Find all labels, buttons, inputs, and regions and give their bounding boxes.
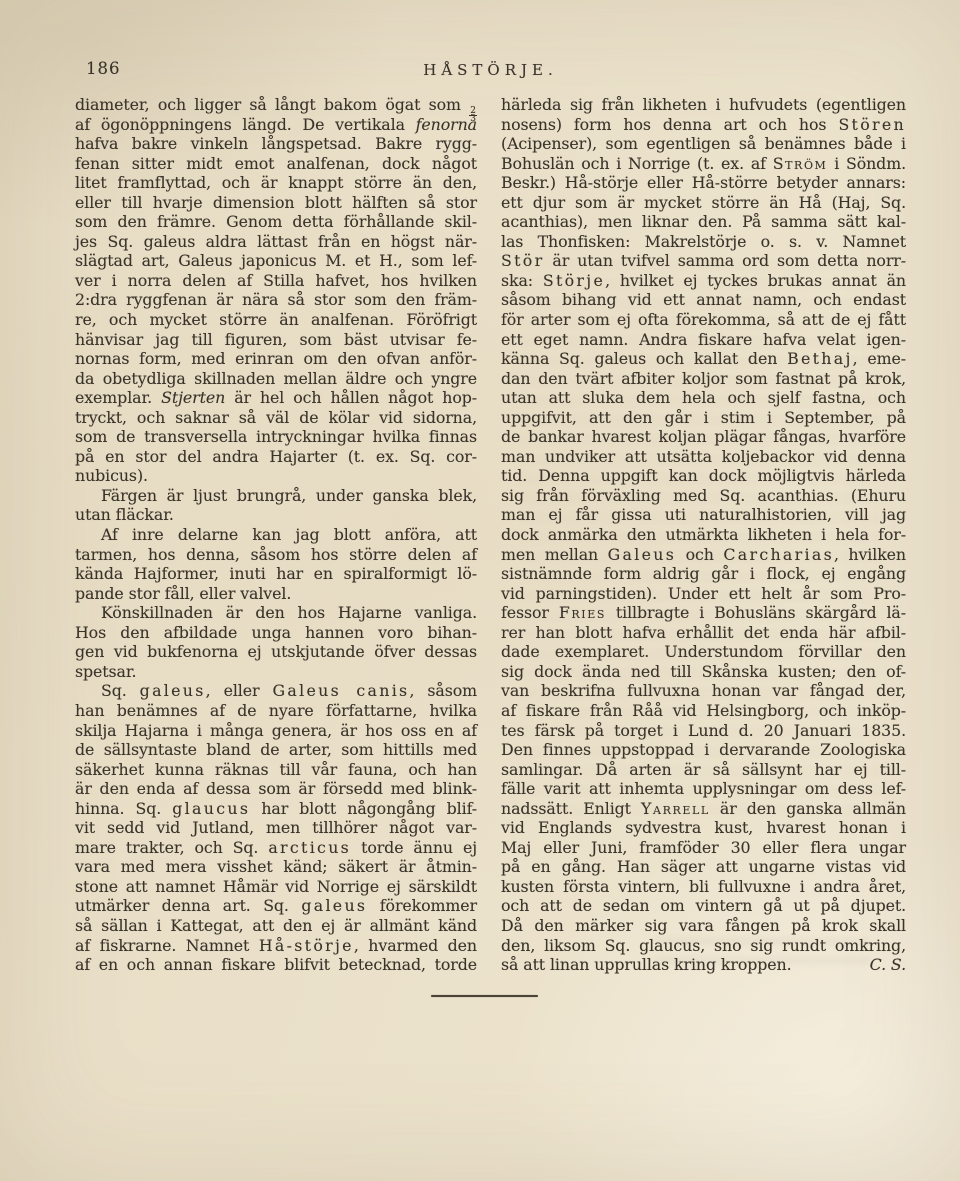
text-line: fenan sitter midt emot analfenan, dock n… — [75, 154, 477, 174]
text-line: dock anmärka den utmärkta likheten i hel… — [501, 525, 906, 545]
text-line: sig från förväxling med Sq. acanthias. (… — [501, 486, 906, 506]
text-line: för arter som ej ofta förekomma, så att … — [501, 310, 906, 330]
text-body: diameter, och ligger så långt bakom ögat… — [75, 95, 906, 975]
text-line: så sällan i Kattegat, att den ej är allm… — [75, 916, 477, 936]
text-line: nubicus). — [75, 466, 477, 486]
text-line: tarmen, hos denna, såsom hos större dele… — [75, 545, 477, 565]
text-line: säkerhet kunna räknas till vår fauna, oc… — [75, 760, 477, 780]
text-line: Af inre delarne kan jag blott anföra, at… — [75, 525, 477, 545]
text-line: han benämnes af de nyare författarne, hv… — [75, 701, 477, 721]
text-line: man ej får gissa uti naturalhistorien, v… — [501, 505, 906, 525]
text-line: de sällsyntaste bland de arter, som hitt… — [75, 740, 477, 760]
text-line: exemplar. Stjerten är hel och hållen någ… — [75, 388, 477, 408]
text-line: Bohuslän och i Norrige (t. ex. af Ström … — [501, 154, 906, 174]
text-line: 2:dra ryggfenan är nära så stor som den … — [75, 290, 477, 310]
text-line: hänvisar jag till figuren, som bäst utvi… — [75, 330, 477, 350]
text-line: Den finnes uppstoppad i dervarande Zoolo… — [501, 740, 906, 760]
text-line: utan fläckar. — [75, 505, 477, 525]
text-line: nornas form, med erinran om den ofvan an… — [75, 349, 477, 369]
running-title: HÅSTÖRJE. — [75, 61, 906, 79]
text-line: nosens) form hos denna art och hos Störe… — [501, 115, 906, 135]
text-line: på en stor del andra Hajarter (t. ex. Sq… — [75, 447, 477, 467]
text-line: dade exemplaret. Understundom förvillar … — [501, 642, 906, 662]
text-line: hafva bakre vinkeln långspetsad. Bakre r… — [75, 134, 477, 154]
text-line: las Thonfisken: Makrelstörje o. s. v. Na… — [501, 232, 906, 252]
text-line: ska: Störje, hvilket ej tyckes brukas an… — [501, 271, 906, 291]
text-line: Då den märker sig vara fången på krok sk… — [501, 916, 906, 936]
text-line: kusten första vintern, bli fullvuxne i a… — [501, 877, 906, 897]
text-line: (Acipenser), som egentligen så benämnes … — [501, 134, 906, 154]
text-line: acanthias), men liknar den. På samma sät… — [501, 212, 906, 232]
text-line: tes färsk på torget i Lund d. 20 Januari… — [501, 721, 906, 741]
text-line: samlingar. Då arten är så sällsynt har e… — [501, 760, 906, 780]
text-line: Maj eller Juni, framföder 30 eller flera… — [501, 838, 906, 858]
text-line: skilja Hajarna i många genera, är hos os… — [75, 721, 477, 741]
text-line: vit sedd vid Jutland, men tillhörer någo… — [75, 818, 477, 838]
text-line: utmärker denna art. Sq. galeus förekomme… — [75, 896, 477, 916]
text-line: pande stor fåll, eller valvel. — [75, 584, 477, 604]
text-line: da obetydliga skillnaden mellan äldre oc… — [75, 369, 477, 389]
page-header: 186 HÅSTÖRJE. — [75, 59, 906, 81]
text-line: Könskillnaden är den hos Hajarne vanliga… — [75, 603, 477, 623]
text-line: härleda sig från likheten i hufvudets (e… — [501, 95, 906, 115]
text-line: ett djur som är mycket större än Hå (Haj… — [501, 193, 906, 213]
text-line: re, och mycket större än analfenan. Förö… — [75, 310, 477, 330]
text-line: Sq. galeus, eller Galeus canis, såsom — [75, 681, 477, 701]
text-line: de bankar hvarest koljan plägar fångas, … — [501, 427, 906, 447]
text-line: på en gång. Han säger att ungarne vistas… — [501, 857, 906, 877]
text-line: gen vid bukfenorna ej utskjutande öfver … — [75, 642, 477, 662]
text-line: kända Hajformer, inuti har en spiralform… — [75, 564, 477, 584]
text-line: ett eget namn. Andra fiskare hafva velat… — [501, 330, 906, 350]
column-2: härleda sig från likheten i hufvudets (e… — [501, 95, 906, 975]
section-end-rule — [431, 995, 538, 997]
text-line: fessor Fries tillbragte i Bohusläns skär… — [501, 603, 906, 623]
text-line: men mellan Galeus och Carcharias, hvilke… — [501, 545, 906, 565]
text-line: som den främre. Genom detta förhållande … — [75, 212, 477, 232]
text-line: är den enda af dessa som är försedd med … — [75, 779, 477, 799]
text-line: van beskrifna fullvuxna honan var fångad… — [501, 681, 906, 701]
text-line: ver i norra delen af Stilla hafvet, hos … — [75, 271, 477, 291]
text-line: tid. Denna uppgift kan dock möjligtvis h… — [501, 466, 906, 486]
column-1: diameter, och ligger så långt bakom ögat… — [75, 95, 477, 975]
text-line: af ögonöppningens längd. De vertikala fe… — [75, 115, 477, 135]
text-line: och att de sedan om vintern gå ut på dju… — [501, 896, 906, 916]
text-line: tryckt, och saknar så väl de kölar vid s… — [75, 408, 477, 428]
text-line: känna Sq. galeus och kallat den Bethaj, … — [501, 349, 906, 369]
text-line: Färgen är ljust brungrå, under ganska bl… — [75, 486, 477, 506]
text-line: Stör är utan tvifvel samma ord som detta… — [501, 251, 906, 271]
text-line: slägtad art, Galeus japonicus M. et H., … — [75, 251, 477, 271]
text-line: uppgifvit, att den går i stim i Septembe… — [501, 408, 906, 428]
text-line: sig dock ända ned till Skånska kusten; d… — [501, 662, 906, 682]
text-line: hinna. Sq. glaucus har blott någongång b… — [75, 799, 477, 819]
text-line: sistnämnde form aldrig går i flock, ej e… — [501, 564, 906, 584]
text-line: nadssätt. Enligt Yarrell är den ganska a… — [501, 799, 906, 819]
text-line: Hos den afbildade unga hannen voro bihan… — [75, 623, 477, 643]
text-line: spetsar. — [75, 662, 477, 682]
text-line: fälle varit att inhemta upplysningar om … — [501, 779, 906, 799]
text-line: vid Englands sydvestra kust, hvarest hon… — [501, 818, 906, 838]
text-line: stone att namnet Håmär vid Norrige ej sä… — [75, 877, 477, 897]
text-line: så att linan upprullas kring kroppen.C. … — [501, 955, 906, 975]
text-line: som de transversella intryckningar hvilk… — [75, 427, 477, 447]
text-line: litet framflyttad, och är knappt större … — [75, 173, 477, 193]
text-line: vara med mera visshet känd; säkert är åt… — [75, 857, 477, 877]
text-line: af fiskare från Råå vid Helsingborg, och… — [501, 701, 906, 721]
book-page: 186 HÅSTÖRJE. diameter, och ligger så lå… — [0, 0, 960, 1181]
text-line: man undviker att utsätta koljebackor vid… — [501, 447, 906, 467]
text-line: af en och annan fiskare blifvit beteckna… — [75, 955, 477, 975]
text-line: eller till hvarje dimension blott hälfte… — [75, 193, 477, 213]
text-line: utan att sluka dem hela och sjelf fastna… — [501, 388, 906, 408]
text-line: jes Sq. galeus aldra lättast från en hög… — [75, 232, 477, 252]
text-line: den, liksom Sq. glaucus, sno sig rundt o… — [501, 936, 906, 956]
text-line: af fiskrarne. Namnet Hå-störje, hvarmed … — [75, 936, 477, 956]
text-line: diameter, och ligger så långt bakom ögat… — [75, 95, 477, 115]
text-line: mare trakter, och Sq. arcticus torde änn… — [75, 838, 477, 858]
text-line: dan den tvärt afbiter koljor som fastnat… — [501, 369, 906, 389]
text-line: Beskr.) Hå-störje eller Hå-större betyde… — [501, 173, 906, 193]
text-line: rer han blott hafva erhållit det enda hä… — [501, 623, 906, 643]
text-line: såsom bihang vid ett annat namn, och end… — [501, 290, 906, 310]
text-line: vid parningstiden). Under ett helt år so… — [501, 584, 906, 604]
